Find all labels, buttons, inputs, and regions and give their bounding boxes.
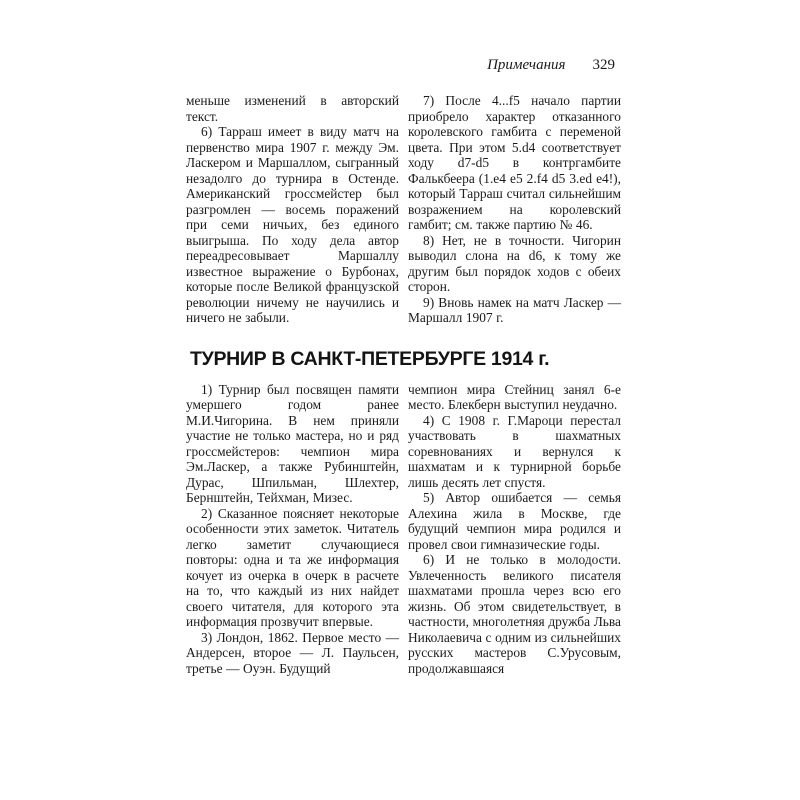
section-title: ТУРНИР В САНКТ-ПЕТЕРБУРГЕ 1914 г. [190, 348, 621, 371]
notes-section-tournament-1914: 1) Турнир был посвящен памяти умершего г… [186, 382, 621, 677]
paragraph-note-6b: 6) И не только в молодости. Увлеченность… [408, 552, 621, 676]
paragraph-note-1: 1) Турнир был посвящен памяти умершего г… [186, 382, 399, 506]
paragraph-continuation: чемпион мира Стейниц занял 6-е место. Бл… [408, 382, 621, 413]
paragraph: меньше изменений в авторский текст. [186, 93, 399, 124]
paragraph-note-8: 8) Нет, не в точности. Чигорин выводил с… [408, 233, 621, 295]
paragraph-note-6: 6) Тарраш имеет в виду матч на первенств… [186, 124, 399, 326]
paragraph-note-9: 9) Вновь намек на матч Ласкер — Маршалл … [408, 295, 621, 326]
left-column: меньше изменений в авторский текст. 6) Т… [186, 93, 399, 326]
running-head: Примечания329 [186, 57, 621, 74]
right-column: чемпион мира Стейниц занял 6-е место. Бл… [408, 382, 621, 677]
notes-section-continued: меньше изменений в авторский текст. 6) Т… [186, 93, 621, 326]
page-number: 329 [593, 57, 616, 74]
paragraph-note-4: 4) С 1908 г. Г.Мароци перестал участвова… [408, 413, 621, 491]
paragraph-note-2: 2) Сказанное поясняет некоторые особенно… [186, 506, 399, 630]
paragraph-note-7: 7) После 4...f5 начало партии приобрело … [408, 93, 621, 233]
paragraph-note-5: 5) Автор ошибается — семья Алехина жила … [408, 490, 621, 552]
running-title: Примечания [487, 57, 565, 73]
paragraph-note-3: 3) Лондон, 1862. Первое место — Андерсен… [186, 630, 399, 677]
right-column: 7) После 4...f5 начало партии приобрело … [408, 93, 621, 326]
book-page: Примечания329 меньше изменений в авторск… [186, 57, 621, 676]
left-column: 1) Турнир был посвящен памяти умершего г… [186, 382, 399, 677]
